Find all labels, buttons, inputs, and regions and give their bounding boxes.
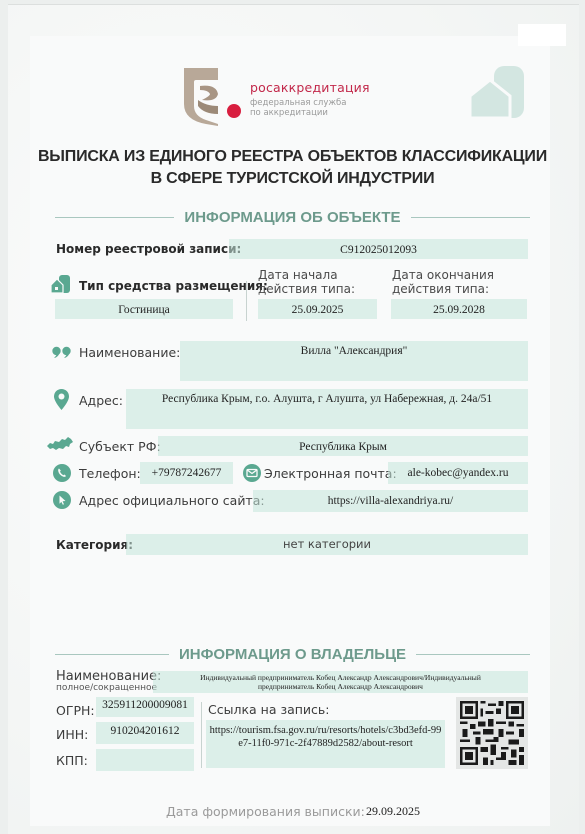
- logo-shield-icon: [180, 66, 228, 126]
- type-start-label: Дата начала действия типа:: [258, 268, 355, 296]
- phone-value[interactable]: +79787242677: [140, 462, 233, 484]
- kpp-label: КПП:: [56, 753, 88, 768]
- address-value: Республика Крым, г.о. Алушта, г Алушта, …: [126, 389, 528, 429]
- owner-vertical-divider: [201, 702, 202, 768]
- email-label: Электронная почта:: [264, 466, 397, 481]
- section-object-info-title: ИНФОРМАЦИЯ ОБ ОБЪЕКТЕ: [174, 209, 410, 226]
- record-link-label: Ссылка на запись:: [208, 702, 330, 717]
- org-subtitle: федеральная служба по аккредитации: [250, 98, 346, 118]
- registry-number-value: С912025012093: [229, 239, 528, 259]
- org-name: росаккредитация: [250, 80, 370, 95]
- category-value: нет категории: [126, 534, 528, 555]
- inn-value: 910204201612: [96, 722, 194, 744]
- phone-icon: [53, 464, 71, 482]
- website-label: Адрес официального сайта:: [79, 493, 265, 508]
- rosaccreditation-logo: росаккредитация федеральная служба по ак…: [180, 62, 400, 128]
- email-value[interactable]: ale-kobec@yandex.ru: [388, 462, 528, 484]
- corner-blank-box: [518, 24, 566, 46]
- inn-label: ИНН:: [56, 727, 88, 742]
- owner-name-label: Наименование:: [56, 669, 161, 684]
- title-line-2: В СФЕРЕ ТУРИСТСКОЙ ИНДУСТРИИ: [30, 168, 555, 190]
- registry-number-label: Номер реестровой записи:: [56, 242, 241, 256]
- object-name-value: Вилла "Александрия": [180, 341, 528, 381]
- document-title: ВЫПИСКА ИЗ ЕДИНОГО РЕЕСТРА ОБЪЕКТОВ КЛАС…: [30, 146, 555, 190]
- cursor-pointer-icon: [53, 491, 71, 509]
- type-end-value: 25.09.2028: [391, 299, 527, 319]
- section-owner-info: ИНФОРМАЦИЯ О ВЛАДЕЛЬЦЕ: [55, 644, 530, 664]
- category-label: Категория:: [56, 538, 133, 552]
- type-start-value: 25.09.2025: [258, 299, 377, 319]
- ogrn-value: 325911200009081: [96, 697, 194, 717]
- owner-name-sublabel: полное/сокращенное: [56, 683, 157, 693]
- ogrn-label: ОГРН:: [56, 703, 95, 718]
- accommodation-type-value: Гостиница: [55, 299, 233, 319]
- website-value[interactable]: https://villa-alexandriya.ru/: [253, 490, 528, 512]
- section-owner-info-title: ИНФОРМАЦИЯ О ВЛАДЕЛЬЦЕ: [169, 646, 416, 663]
- address-label: Адрес:: [79, 393, 123, 408]
- logo-red-dot: [227, 104, 241, 118]
- email-envelope-icon: [243, 464, 261, 482]
- qr-code[interactable]: [456, 697, 528, 769]
- russia-map-icon: [47, 437, 73, 451]
- quote-icon: [52, 346, 72, 358]
- type-end-label: Дата окончания действия типа:: [392, 268, 494, 296]
- accommodation-type-label: Тип средства размещения:: [79, 279, 268, 293]
- object-name-label: Наименование:: [79, 345, 180, 360]
- owner-name-value: Индивидуальный предприниматель Кобец Але…: [153, 671, 528, 693]
- hotel-building-icon: [51, 275, 71, 293]
- phone-label: Телефон:: [79, 466, 141, 481]
- generation-date-value: 29.09.2025: [366, 804, 420, 819]
- section-object-info: ИНФОРМАЦИЯ ОБ ОБЪЕКТЕ: [55, 207, 530, 227]
- record-link-value[interactable]: https://tourism.fsa.gov.ru/ru/resorts/ho…: [206, 720, 445, 768]
- generation-date-label: Дата формирования выписки:: [166, 804, 365, 819]
- kpp-value: [96, 749, 194, 771]
- title-line-1: ВЫПИСКА ИЗ ЕДИНОГО РЕЕСТРА ОБЪЕКТОВ КЛАС…: [30, 146, 555, 168]
- region-label: Субъект РФ:: [79, 439, 161, 454]
- building-watermark-icon: [468, 62, 532, 122]
- region-value: Республика Крым: [158, 436, 528, 456]
- location-pin-icon: [54, 389, 69, 410]
- vertical-divider: [246, 281, 247, 321]
